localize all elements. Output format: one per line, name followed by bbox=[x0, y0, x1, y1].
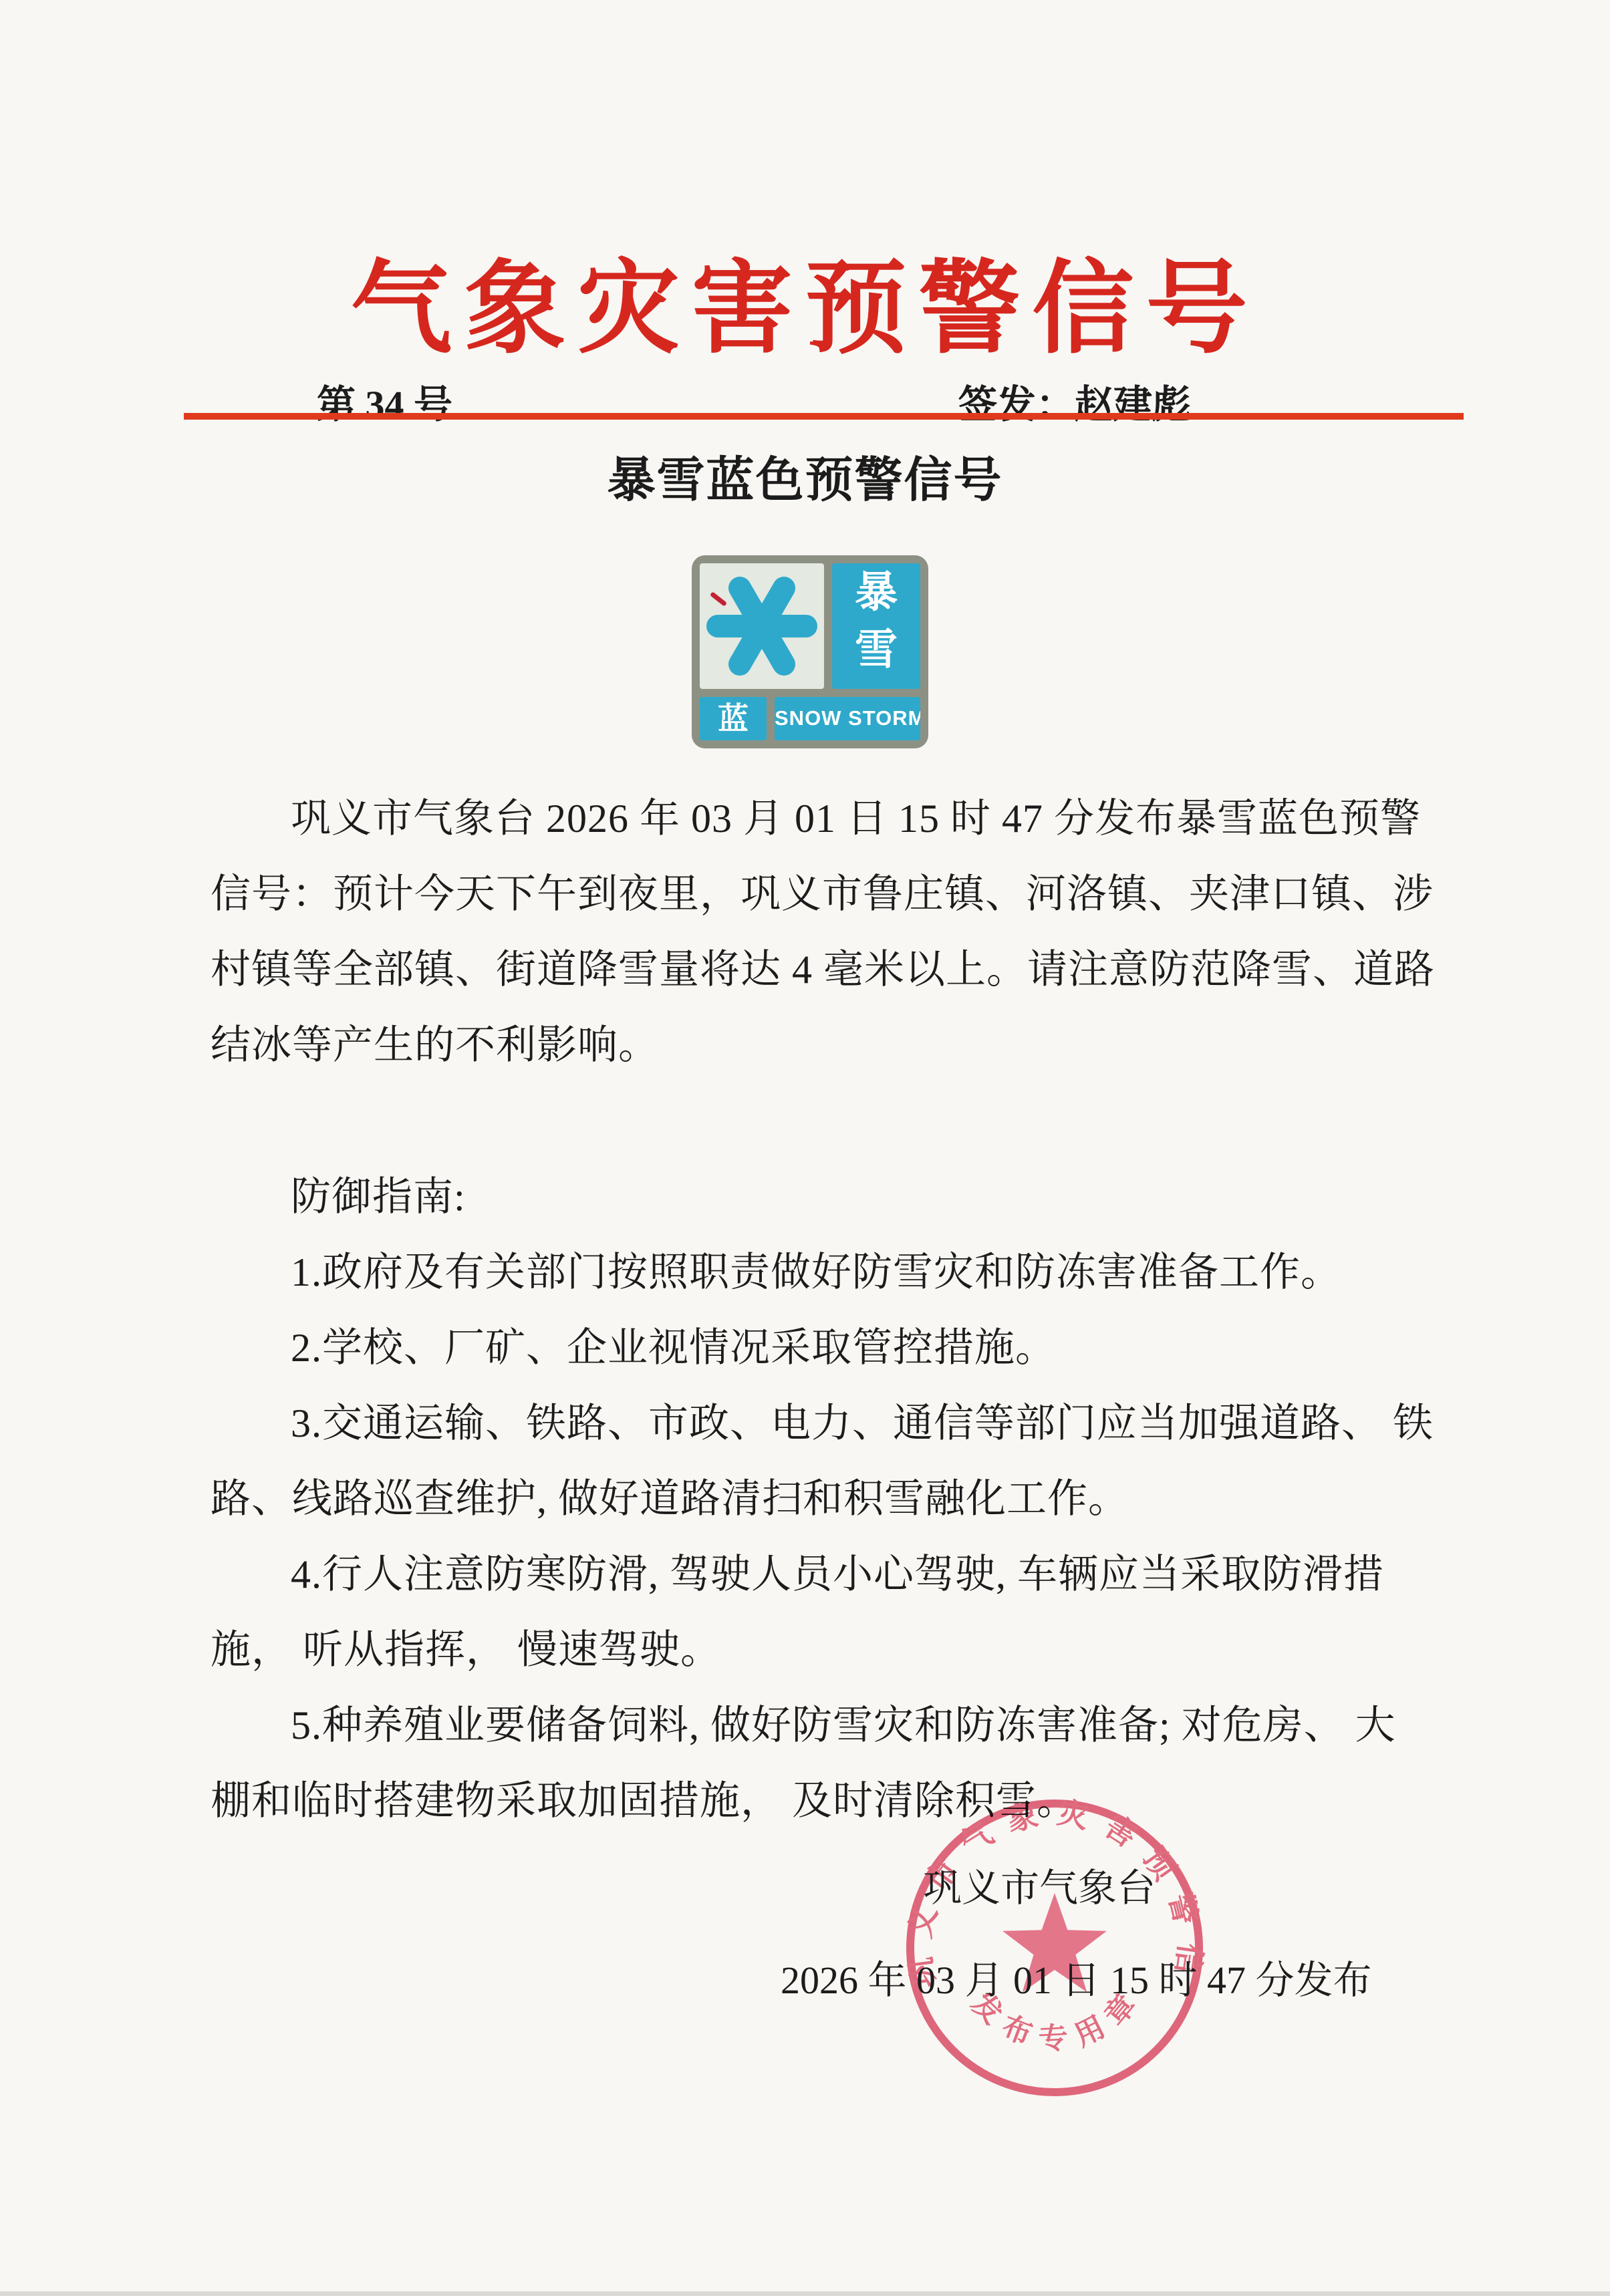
document-title: 气象灾害预警信号 bbox=[0, 227, 1610, 373]
guide-item-1: 1.政府及有关部门按照职责做好防雪灾和防冻害准备工作。 bbox=[291, 1250, 1341, 1294]
doc-number: 第 34 号 bbox=[317, 373, 452, 429]
header-rule bbox=[184, 413, 1464, 420]
snow-storm-warning-icon: 暴 雪 蓝 SNOW STORM bbox=[692, 555, 928, 748]
body-line: 村镇等全部镇、街道降雪量将达 4 毫米以上。请注意防范降雪、道路 bbox=[211, 948, 1435, 992]
body-line: 巩义市气象台 2026 年 03 月 01 日 15 时 47 分发布暴雪蓝色预… bbox=[291, 797, 1421, 841]
guide-item-3-cont: 路、线路巡查维护, 做好道路清扫和积雪融化工作。 bbox=[211, 1477, 1129, 1521]
guide-item-5: 5.种养殖业要储备饲料, 做好防雪灾和防冻害准备; 对危房、 大 bbox=[291, 1703, 1396, 1747]
body-line: 结冰等产生的不利影响。 bbox=[211, 1023, 659, 1067]
icon-en-label: SNOW STORM bbox=[775, 697, 920, 740]
guide-item-4-cont: 施， 听从指挥， 慢速驾驶。 bbox=[211, 1628, 721, 1672]
icon-char-xue: 雪 bbox=[832, 621, 920, 678]
snowflake-icon bbox=[700, 563, 824, 689]
signature-org: 巩义市气象台 bbox=[923, 1856, 1156, 1912]
guide-item-3: 3.交通运输、铁路、市政、电力、通信等部门应当加强道路、 铁 bbox=[291, 1401, 1434, 1445]
icon-char-bao: 暴 bbox=[832, 563, 920, 621]
official-stamp: 巩义市气象灾害预警信号 发布专用章 bbox=[901, 1791, 1208, 2105]
guide-item-2: 2.学校、厂矿、企业视情况采取管控措施。 bbox=[291, 1326, 1056, 1370]
issuer-signature: 签发：赵建彪 bbox=[958, 373, 1191, 429]
icon-level-label: 蓝 bbox=[700, 697, 767, 740]
body-line: 信号：预计今天下午到夜里，巩义市鲁庄镇、河洛镇、夹津口镇、涉 bbox=[211, 872, 1434, 916]
warning-subtitle: 暴雪蓝色预警信号 bbox=[0, 441, 1610, 511]
snowflake-panel bbox=[700, 563, 824, 689]
signature-datetime: 2026 年 03 月 01 日 15 时 47 分发布 bbox=[781, 1949, 1372, 2005]
guide-title: 防御指南: bbox=[291, 1175, 466, 1219]
icon-cn-label: 暴 雪 bbox=[832, 563, 920, 689]
document-page: 气象灾害预警信号 第 34 号 签发：赵建彪 暴雪蓝色预警信号 暴 雪 蓝 SN… bbox=[0, 0, 1610, 2296]
scan-edge-shadow bbox=[0, 2291, 1610, 2296]
guide-item-4: 4.行人注意防寒防滑, 驾驶人员小心驾驶, 车辆应当采取防滑措 bbox=[291, 1552, 1384, 1596]
